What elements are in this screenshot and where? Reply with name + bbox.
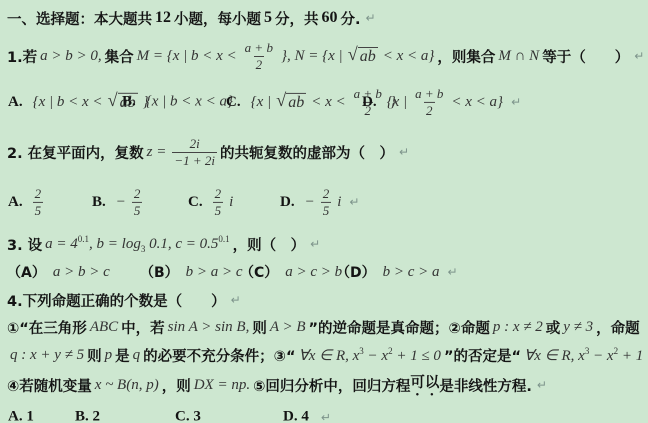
paragraph-mark: ↵ (349, 195, 359, 209)
numerator: 2 (213, 186, 224, 202)
numerator: a + b (243, 40, 275, 56)
cn-run: 是 (115, 345, 130, 366)
math-run: a > b > c (53, 264, 110, 281)
cn-run: ，则 (162, 375, 191, 396)
option-label: B. (122, 94, 136, 111)
option-label: C. (226, 94, 241, 111)
option-label: B. (92, 194, 106, 211)
option-b: B.{x | b < x < a} (122, 94, 236, 111)
fraction: 25 (213, 186, 224, 218)
cn-run: 4.下列命题正确的个数是（ ） (7, 290, 226, 311)
math-run: i (229, 194, 233, 211)
math-run: p : x ≠ 2 (493, 319, 543, 336)
cn-run: 2. 在复平面内，复数 (7, 142, 144, 163)
math-run: < x < (311, 94, 345, 111)
denominator: 2 (254, 56, 265, 73)
math-run: y ≠ 3 (563, 319, 593, 336)
option-a: A.25 (8, 186, 46, 218)
math-run: , b = log (89, 236, 141, 252)
cn-run: ，则集合 (437, 46, 495, 67)
math-run: − (305, 194, 315, 211)
math-run: 0.1, c = 0.5 (145, 236, 218, 252)
question-2-options: A.25 B.−25 C.25i D.−25i↵ (0, 175, 648, 229)
numerator: a + b (413, 86, 445, 102)
option-label: C. 3 (175, 409, 201, 423)
option-label: D. (362, 94, 377, 111)
cn-run: 的共轭复数的虚部为（ ） (220, 142, 394, 163)
exam-document-page: 一、选择题：本大题共12小题，每小题5分，共60分.↵ 1.若 a > b > … (0, 0, 648, 423)
math-run: i (337, 194, 341, 211)
math-run: z = (147, 144, 167, 161)
paragraph-mark: ↵ (310, 237, 320, 251)
fraction: 2i−1 + 2i (172, 136, 217, 168)
question-3-options: （A）a > b > c （B）b > a > c （C）a > c > b （… (0, 260, 648, 284)
heading-text: 分. (341, 8, 361, 29)
fraction: 25 (132, 186, 143, 218)
option-c: C.25i (188, 186, 236, 218)
option-a: （A）a > b > c (7, 262, 113, 282)
fraction: a + b2 (413, 86, 445, 118)
numerator: 2 (33, 186, 44, 202)
paragraph-mark: ↵ (511, 95, 521, 109)
heading-number: 5 (261, 9, 275, 27)
superscript: 0.1 (78, 234, 89, 244)
math-run: a > c > b (285, 264, 342, 281)
option-label: （D） (336, 262, 376, 282)
radical-sign-icon: √ (276, 91, 286, 109)
option-label: B. 2 (75, 409, 100, 423)
math-run: b > c > a (383, 264, 440, 281)
heading-text: 小题，每小题 (174, 8, 261, 29)
fraction: a + b2 (243, 40, 275, 72)
question-4-propositions-line-2: q : x + y ≠ 5则p是q的必要不充分条件；③“∀x ∈ R, x3 −… (7, 342, 648, 368)
section-heading: 一、选择题：本大题共12小题，每小题5分，共60分.↵ (7, 7, 648, 29)
option-label: C. (188, 194, 203, 211)
option-label: D. 4 (283, 409, 309, 423)
cn-run: ⑤回归分析中，回归方程 (253, 375, 410, 396)
math-run: sin A > sin B, (168, 319, 250, 336)
math-run: {x | b < x < (33, 93, 103, 110)
cn-run: 中，若 (121, 317, 165, 338)
question-1-options: A.{x | b < x <√ab} B.{x | b < x < a} C.{… (0, 82, 648, 122)
question-4-propositions-line-3: ④若随机变量x ~ B(n, p)，则DX = np.⑤回归分析中，回归方程可以… (7, 372, 648, 398)
paragraph-mark: ↵ (321, 410, 331, 423)
heading-number: 12 (152, 9, 174, 27)
radical-sign-icon: √ (108, 91, 118, 109)
math-run: a = 4 (45, 236, 78, 252)
numerator: 2 (321, 186, 332, 202)
heading-text: 一、选择题：本大题共 (7, 8, 152, 29)
option-c: （C）a > c > b (240, 262, 345, 282)
question-2-stem: 2. 在复平面内，复数 z = 2i−1 + 2i 的共轭复数的虚部为（ ） ↵ (7, 127, 648, 177)
cn-run: 则 (87, 345, 102, 366)
math-run: x ~ B(n, p) (95, 377, 159, 394)
denominator: 5 (132, 202, 143, 219)
cn-run: ”的否定是“ (444, 345, 521, 366)
cn-run: 1.若 (7, 46, 37, 67)
option-d: （D）b > c > a↵ (336, 262, 458, 282)
option-d: D.{x |a + b2< x < a}↵ (362, 86, 521, 118)
cn-run: 或 (546, 317, 561, 338)
paragraph-mark: ↵ (634, 49, 644, 63)
cn-run: 3. 设 (7, 234, 42, 255)
paragraph-mark: ↵ (231, 293, 241, 307)
math-run: − x (589, 348, 613, 364)
sqrt-radical: √ab (348, 46, 378, 66)
radicand: ab (286, 93, 306, 112)
option-c: C. 3 (175, 409, 208, 423)
math-run: + 1 ≤ 0 (393, 348, 441, 364)
denominator: 5 (321, 202, 332, 219)
math-run: q : x + y ≠ 5 (10, 347, 84, 364)
option-d: D. 4↵ (283, 409, 331, 423)
math-run: {x | (387, 94, 408, 111)
cn-run: 的必要不充分条件；③“ (143, 345, 295, 366)
math-run: ∀x ∈ R, x (298, 348, 359, 364)
question-1-stem: 1.若 a > b > 0, 集合 M = {x | b < x < a + b… (7, 34, 648, 78)
sqrt-radical: √ab (276, 92, 306, 112)
paragraph-mark: ↵ (537, 378, 547, 392)
cn-run: ④若随机变量 (7, 375, 92, 396)
math-run: + 1 > 0 (618, 348, 648, 364)
denominator: 5 (213, 202, 224, 219)
option-a: A. 1 (8, 409, 41, 423)
math-run: }, N = {x | (281, 48, 343, 65)
cn-run: ①“在三角形 (7, 317, 87, 338)
emphasized-text: 可以 (410, 371, 439, 399)
question-4-stem: 4.下列命题正确的个数是（ ） ↵ (7, 288, 648, 312)
cn-run: 是非线性方程. (439, 375, 532, 396)
math-run: < x < a} (383, 48, 435, 65)
math-run: − (116, 194, 126, 211)
option-b: B.−25 (92, 186, 145, 218)
option-label: A. (8, 93, 23, 110)
denominator: 2 (424, 102, 435, 119)
question-4-options: A. 1 B. 2 C. 3 D. 4↵ (0, 407, 648, 423)
math-run: {x | b < x < a} (146, 94, 233, 111)
math-run: A > B (270, 319, 306, 336)
cn-run: 则 (252, 317, 267, 338)
math-run: ∀x ∈ R, x (524, 348, 585, 364)
math-run: < x < a} (451, 94, 503, 111)
option-d: D.−25i↵ (280, 186, 359, 218)
option-b: （B）b > a > c (140, 262, 246, 282)
numerator: 2i (188, 136, 202, 152)
math-run: b > a > c (186, 264, 243, 281)
option-b: B. 2 (75, 409, 107, 423)
option-label: A. 1 (8, 409, 34, 423)
denominator: −1 + 2i (172, 152, 217, 169)
math-run: DX = np. (194, 377, 250, 394)
math-expression: ∀x ∈ R, x3 − x2 + 1 > 0 (524, 346, 648, 365)
option-label: （C） (240, 262, 278, 282)
radical-sign-icon: √ (348, 45, 358, 63)
paragraph-mark: ↵ (448, 265, 458, 279)
question-4-propositions-line-1: ①“在三角形ABC中，若sin A > sin B,则A > B”的逆命题是真命… (7, 314, 648, 340)
math-run: ABC (90, 319, 118, 336)
option-label: D. (280, 194, 295, 211)
denominator: 5 (33, 202, 44, 219)
fraction: 25 (33, 186, 44, 218)
math-expression: ∀x ∈ R, x3 − x2 + 1 ≤ 0 (298, 346, 440, 365)
math-run: q (133, 347, 141, 364)
question-3-stem: 3. 设 a = 40.1, b = log3 0.1, c = 0.50.1 … (7, 231, 648, 257)
cn-run: 集合 (105, 46, 134, 67)
heading-text: 分，共 (275, 8, 319, 29)
cn-run: 等于（ ） (542, 46, 629, 67)
cn-run: ”的逆命题是真命题；②命题 (309, 317, 490, 338)
paragraph-mark: ↵ (366, 11, 376, 25)
radicand: ab (358, 47, 378, 66)
heading-number: 60 (319, 9, 341, 27)
math-run: M = {x | b < x < (137, 48, 237, 65)
option-label: A. (8, 194, 23, 211)
superscript: 0.1 (218, 234, 229, 244)
math-run: {x | (251, 94, 272, 111)
cn-run: ，则（ ） (233, 234, 306, 255)
cn-run: ，命题 (596, 317, 640, 338)
math-run: p (105, 347, 113, 364)
paragraph-mark: ↵ (399, 145, 409, 159)
option-label: （B） (140, 262, 179, 282)
math-expression: a = 40.1, b = log3 0.1, c = 0.50.1 (45, 234, 229, 254)
fraction: 25 (321, 186, 332, 218)
math-run: M ∩ N (498, 48, 539, 65)
option-label: （A） (7, 262, 46, 282)
math-run: − x (364, 348, 388, 364)
math-run: a > b > 0, (40, 48, 102, 65)
numerator: 2 (132, 186, 143, 202)
